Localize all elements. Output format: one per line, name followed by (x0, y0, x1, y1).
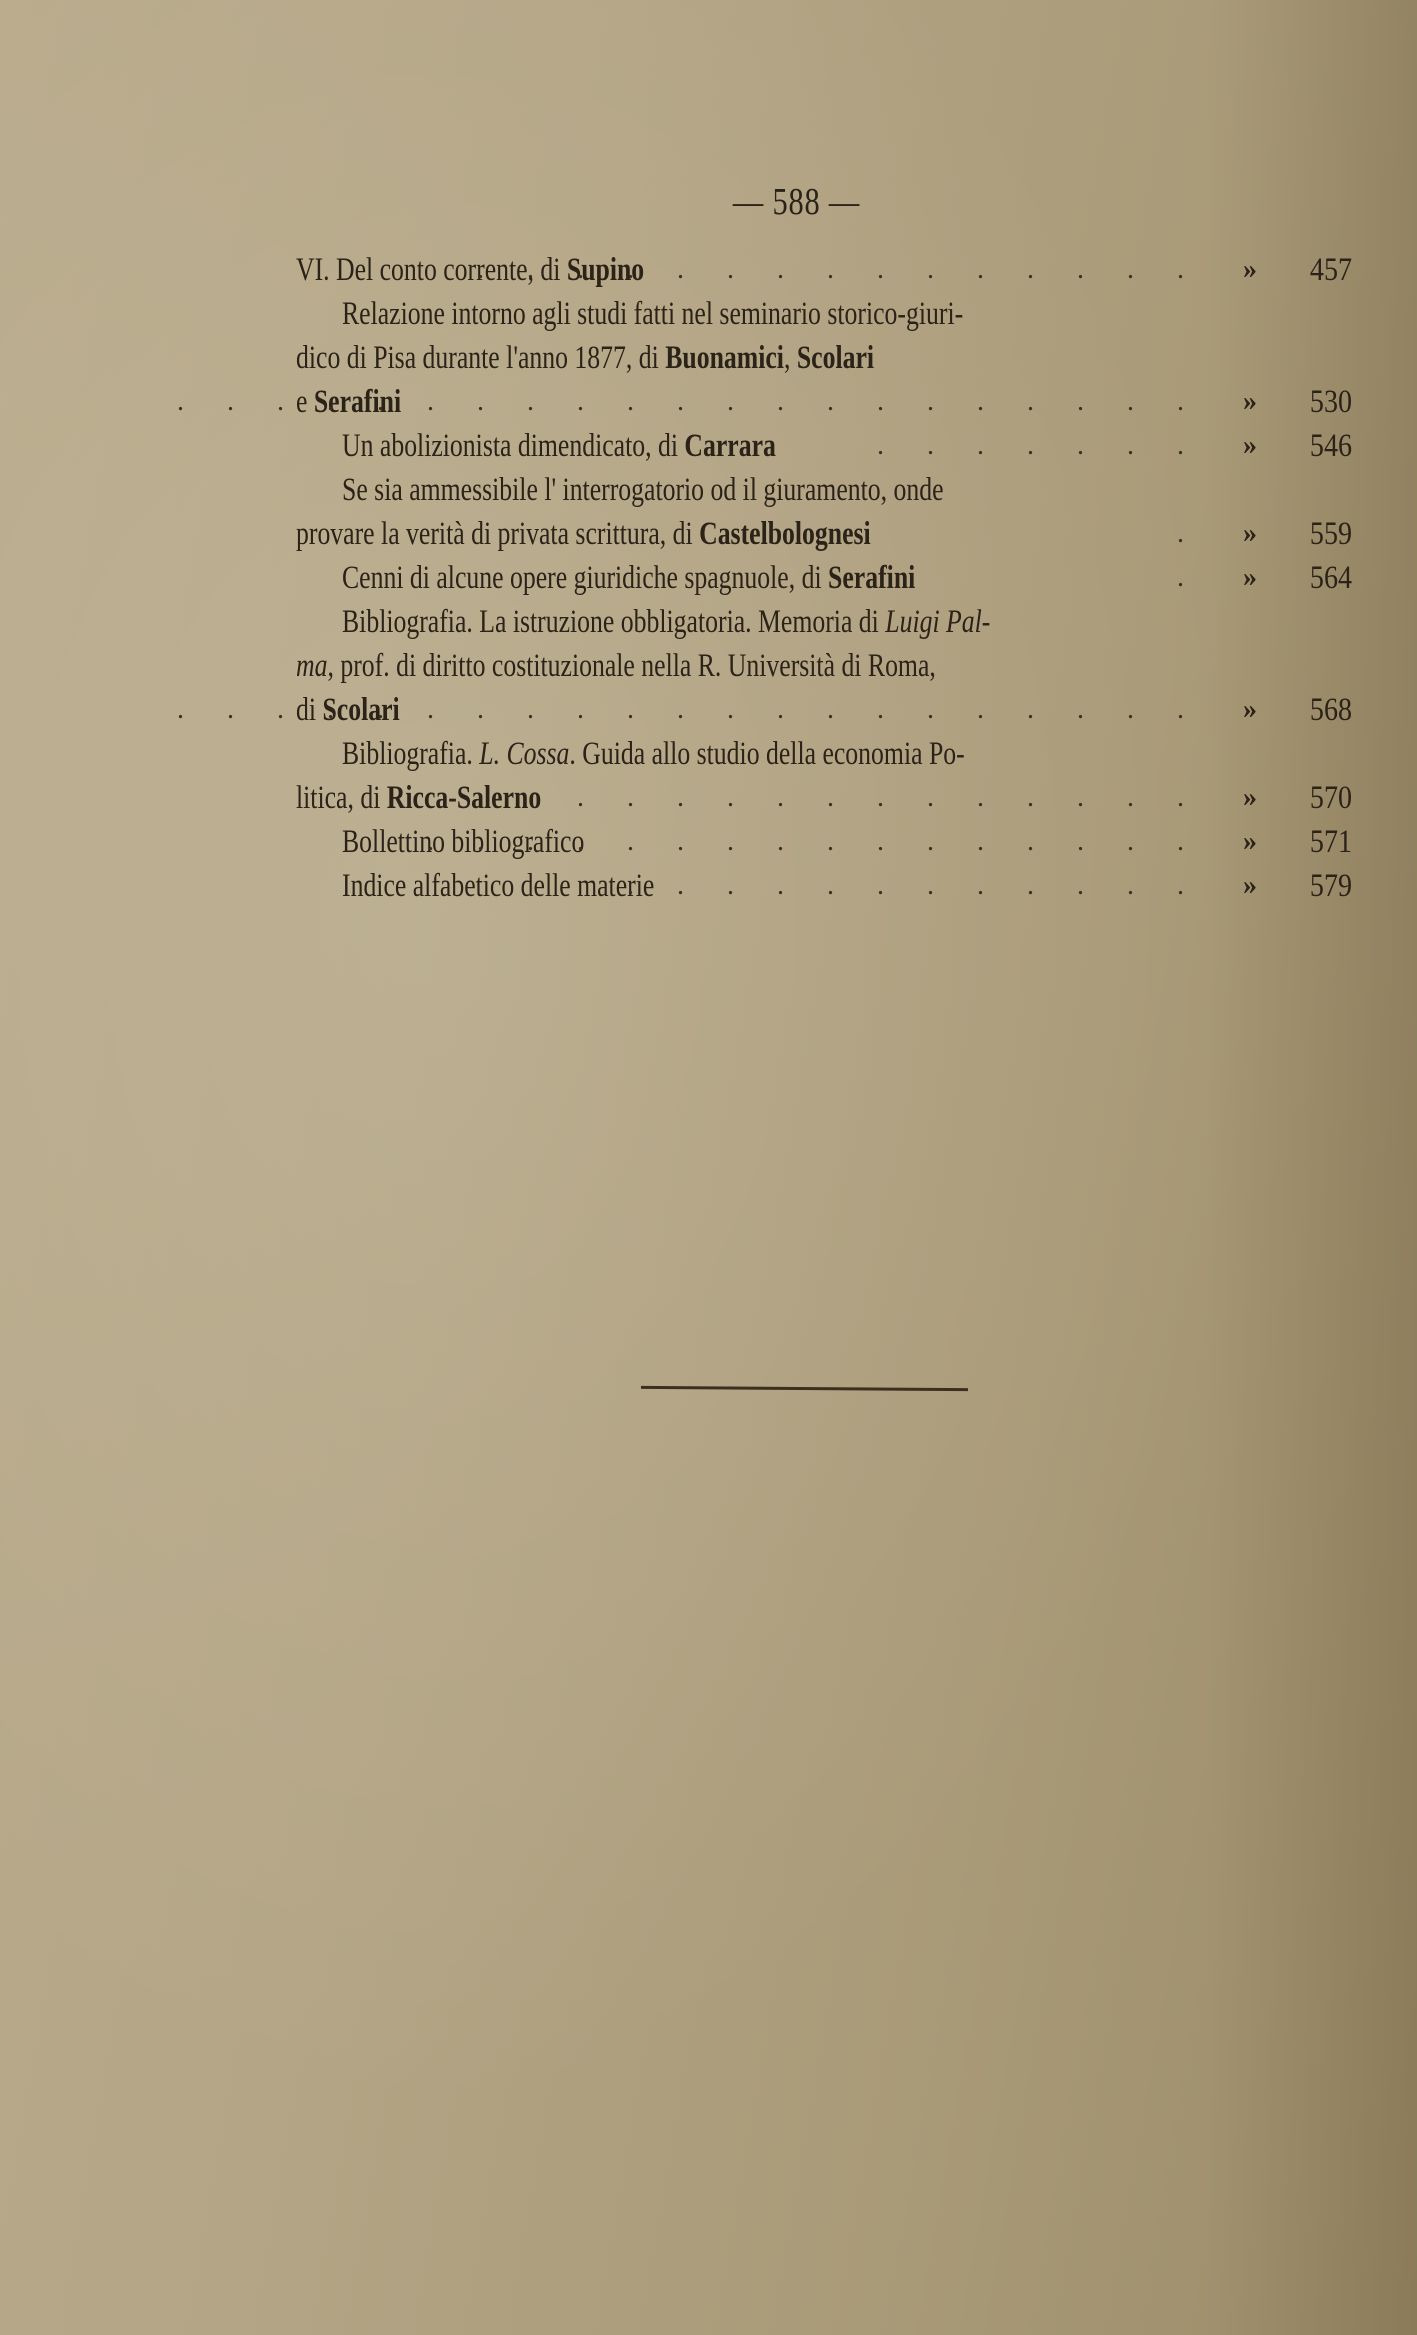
dot-leader: . . . . . . . . . . . . . . . . (427, 820, 1202, 864)
toc-entry-text: Cenni di alcune opere giuridiche spagnuo… (342, 556, 915, 600)
ditto-mark: » (1243, 556, 1257, 600)
author-name: Castelbolognesi (699, 516, 871, 552)
toc-entry: Bibliografia. L. Cossa. Guida allo studi… (296, 732, 1352, 820)
dot-leader: . . . . . . . . . . . . . . . . . . . . … (177, 688, 1202, 732)
author-name: Carrara (684, 428, 775, 464)
toc-line: VI. Del conto corrente, di Supino. . . .… (296, 248, 1352, 292)
author-name: Ricca-Salerno (387, 780, 541, 816)
toc-entry: VI. Del conto corrente, di Supino. . . .… (296, 248, 1352, 292)
author-name: Serafini (828, 560, 915, 596)
italic-title: L. Cossa (479, 736, 569, 772)
toc-entry: Relazione intorno agli studi fatti nel s… (296, 292, 1352, 424)
title-text: Cenni di alcune opere giuridiche spagnuo… (342, 560, 828, 596)
toc-line: Bibliografia. L. Cossa. Guida allo studi… (296, 732, 1352, 776)
toc-page-number: 546 (1284, 424, 1352, 468)
ditto-mark: » (1243, 688, 1257, 732)
title-text: litica, di (296, 780, 387, 816)
dot-leader: . (1177, 556, 1202, 600)
italic-title: ma (296, 648, 327, 684)
toc-page-number: 571 (1284, 820, 1352, 864)
toc-line: provare la verità di privata scrittura, … (296, 512, 1352, 556)
title-text: , (784, 340, 797, 376)
toc-entry-text: Bibliografia. La istruzione obbligatoria… (342, 600, 990, 644)
title-text: Bibliografia. La istruzione obbligatoria… (342, 604, 885, 640)
toc-entry-text: Se sia ammessibile l' interrogatorio od … (342, 468, 944, 512)
dot-leader: . . . . . . . . . . . . (627, 864, 1202, 908)
author-name: Buonamici (665, 340, 784, 376)
toc-page-number: 570 (1284, 776, 1352, 820)
toc-entry: Bibliografia. La istruzione obbligatoria… (296, 600, 1352, 732)
dot-leader: . . . . . . . . . . . . . . . (477, 248, 1202, 292)
toc-line: litica, di Ricca-Salerno. . . . . . . . … (296, 776, 1352, 820)
toc-line: Un abolizionista dimendicato, di Carrara… (296, 424, 1352, 468)
toc-line: dico di Pisa durante l'anno 1877, di Buo… (296, 336, 1352, 380)
dot-leader: . . . . . . . (877, 424, 1202, 468)
toc-page-number: 579 (1284, 864, 1352, 908)
toc-page-number: 564 (1284, 556, 1352, 600)
toc-entry: Indice alfabetico delle materie. . . . .… (296, 864, 1352, 908)
toc-line: Relazione intorno agli studi fatti nel s… (296, 292, 1352, 336)
author-name: Scolari (797, 340, 874, 376)
toc-line: Se sia ammessibile l' interrogatorio od … (296, 468, 1352, 512)
toc-page-number: 457 (1284, 248, 1352, 292)
toc-entry: Cenni di alcune opere giuridiche spagnuo… (296, 556, 1352, 600)
title-text: Indice alfabetico delle materie (342, 868, 654, 904)
title-text: , prof. di diritto costituzionale nella … (327, 648, 935, 684)
toc-entry: Se sia ammessibile l' interrogatorio od … (296, 468, 1352, 556)
dot-leader: . . . . . . . . . . . . . . . . . . . . … (177, 380, 1202, 424)
toc-entry: Bollettino bibliografico. . . . . . . . … (296, 820, 1352, 864)
toc-entry-text: ma, prof. di diritto costituzionale nell… (296, 644, 936, 688)
toc-line: di Scolari. . . . . . . . . . . . . . . … (296, 688, 1352, 732)
title-text: dico di Pisa durante l'anno 1877, di (296, 340, 665, 376)
ditto-mark: » (1243, 776, 1257, 820)
title-text: Se sia ammessibile l' interrogatorio od … (342, 472, 944, 508)
ditto-mark: » (1243, 248, 1257, 292)
toc-entry: Un abolizionista dimendicato, di Carrara… (296, 424, 1352, 468)
ditto-mark: » (1243, 380, 1257, 424)
ditto-mark: » (1243, 864, 1257, 908)
title-text: Bibliografia. (342, 736, 479, 772)
page-number: — 588 — (142, 180, 1276, 224)
toc-entry-text: dico di Pisa durante l'anno 1877, di Buo… (296, 336, 874, 380)
dot-leader: . (1177, 512, 1202, 556)
italic-title: Luigi Pal- (885, 604, 990, 640)
toc-entry-text: provare la verità di privata scrittura, … (296, 512, 871, 556)
toc-entry-text: Un abolizionista dimendicato, di Carrara (342, 424, 776, 468)
toc-line: Cenni di alcune opere giuridiche spagnuo… (296, 556, 1352, 600)
toc-entry-text: litica, di Ricca-Salerno (296, 776, 541, 820)
toc-line: ma, prof. di diritto costituzionale nell… (296, 644, 1352, 688)
title-text: Relazione intorno agli studi fatti nel s… (342, 296, 963, 332)
toc-entry-text: Bibliografia. L. Cossa. Guida allo studi… (342, 732, 965, 776)
title-text: Un abolizionista dimendicato, di (342, 428, 684, 464)
toc-entry-text: Relazione intorno agli studi fatti nel s… (342, 292, 963, 336)
toc-page-number: 530 (1284, 380, 1352, 424)
dot-leader: . . . . . . . . . . . . . (577, 776, 1202, 820)
toc-page-number: 568 (1284, 688, 1352, 732)
toc-line: Indice alfabetico delle materie. . . . .… (296, 864, 1352, 908)
toc-line: Bollettino bibliografico. . . . . . . . … (296, 820, 1352, 864)
title-text: . Guida allo studio della economia Po- (569, 736, 964, 772)
title-text: provare la verità di privata scrittura, … (296, 516, 699, 552)
ditto-mark: » (1243, 424, 1257, 468)
toc-entry-text: Indice alfabetico delle materie (342, 864, 654, 908)
table-of-contents: VI. Del conto corrente, di Supino. . . .… (296, 248, 1352, 908)
toc-page-number: 559 (1284, 512, 1352, 556)
toc-line: e Serafini. . . . . . . . . . . . . . . … (296, 380, 1352, 424)
ditto-mark: » (1243, 820, 1257, 864)
section-divider-rule (641, 1386, 968, 1391)
ditto-mark: » (1243, 512, 1257, 556)
toc-line: Bibliografia. La istruzione obbligatoria… (296, 600, 1352, 644)
